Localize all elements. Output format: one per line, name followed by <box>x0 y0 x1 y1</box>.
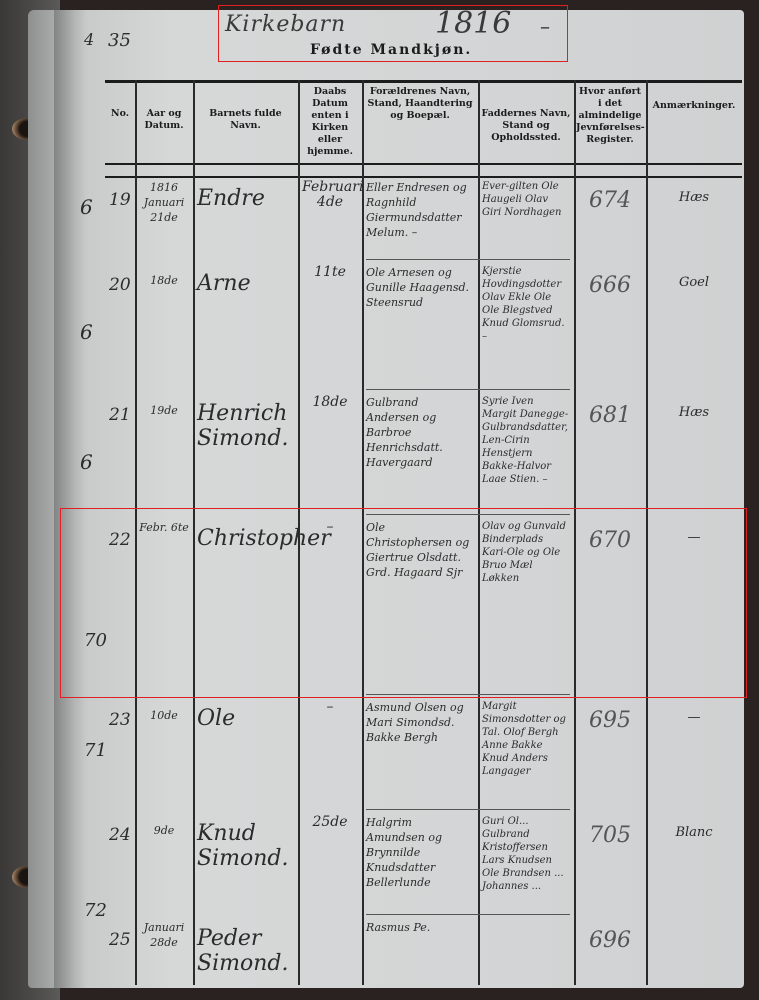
row-separator <box>366 914 570 915</box>
cell-remarks: Goel <box>650 275 738 290</box>
cell-name: Peder Simond. <box>197 926 294 976</box>
column-divider <box>646 80 648 985</box>
cell-baptism: 11te <box>302 265 358 280</box>
cell-name: Christopher <box>197 526 294 551</box>
column-divider <box>135 80 137 985</box>
column-header-remarks: Anmærkninger. <box>648 100 740 112</box>
cell-no: 19 <box>109 190 131 210</box>
cell-parents: Ole Arnesen og Gunille Haagensd. Steensr… <box>366 265 474 310</box>
cell-register: 674 <box>578 188 642 213</box>
column-divider <box>193 80 195 985</box>
cell-sponsors: Ever-gilten Ole Haugeli Olav Giri Nordha… <box>482 180 570 219</box>
column-header-date: Aar og Datum. <box>137 108 191 132</box>
cell-parents: Ole Christophersen og Giertrue Olsdatt. … <box>366 520 474 580</box>
title-suffix: – <box>540 14 550 38</box>
row-separator <box>366 809 570 810</box>
margin-number: 6 <box>80 450 93 474</box>
cell-name: Ole <box>197 706 294 731</box>
cell-remarks: — <box>650 710 738 725</box>
margin-number: 70 <box>84 630 107 651</box>
cell-date: 18de <box>139 273 189 288</box>
cell-name: Knud Simond. <box>197 821 294 871</box>
cell-parents: Eller Endresen og Ragnhild Giermundsdatt… <box>366 180 474 240</box>
column-header-baptism: Daabs Datum enten i Kirken eller hjemme. <box>300 86 360 158</box>
margin-number: 6 <box>80 195 93 219</box>
cell-baptism: – <box>302 700 358 715</box>
column-header-sponsors: Faddernes Navn, Stand og Opholdssted. <box>480 108 572 144</box>
cell-date: 10de <box>139 708 189 723</box>
page-number: 35 <box>108 30 131 51</box>
cell-sponsors: Kjerstie Hovdingsdotter Olav Ekle Ole Ol… <box>482 265 570 343</box>
cell-parents: Rasmus Pe. <box>366 920 474 935</box>
row-separator <box>366 259 570 260</box>
row-separator <box>366 514 570 515</box>
margin-number: 72 <box>84 900 107 921</box>
column-header-register: Hvor anført i det almindelige Jevnførels… <box>576 86 644 146</box>
cell-no: 22 <box>109 530 131 550</box>
cell-register: 681 <box>578 403 642 428</box>
cell-sponsors: Olav og Gunvald Binderplads Kari-Ole og … <box>482 520 570 585</box>
cell-baptism: 25de <box>302 815 358 830</box>
cell-remarks: Blanc <box>650 825 738 840</box>
cell-remarks: — <box>650 530 738 545</box>
cell-remarks: Hæs <box>650 405 738 420</box>
title-year: 1816 <box>435 6 511 41</box>
cell-no: 24 <box>109 825 131 845</box>
cell-no: 21 <box>109 405 131 425</box>
cell-sponsors: Syrie Iven Margit Danegge-Gulbrandsdatte… <box>482 395 570 486</box>
cell-no: 20 <box>109 275 131 295</box>
column-header-parents: Forældrenes Navn, Stand, Haandtering og … <box>364 86 476 122</box>
column-divider <box>478 80 480 985</box>
cell-no: 25 <box>109 930 131 950</box>
cell-name: Arne <box>197 271 294 296</box>
margin-number: 71 <box>84 740 107 761</box>
cell-baptism: – <box>302 520 358 535</box>
cell-register: 670 <box>578 528 642 553</box>
row-separator <box>366 389 570 390</box>
cell-name: Henrich Simond. <box>197 401 294 451</box>
margin-number: 6 <box>80 320 93 344</box>
cell-register: 666 <box>578 273 642 298</box>
cell-name: Endre <box>197 186 294 211</box>
margin-top-mark: 4 <box>84 30 94 49</box>
cell-date: Febr. 6te <box>139 520 189 535</box>
cell-register: 696 <box>578 928 642 953</box>
cell-parents: Gulbrand Andersen og Barbroe Henrichsdat… <box>366 395 474 470</box>
cell-register: 695 <box>578 708 642 733</box>
cell-date: 1816 Januari 21de <box>139 180 189 225</box>
cell-no: 23 <box>109 710 131 730</box>
cell-date: 9de <box>139 823 189 838</box>
cell-parents: Asmund Olsen og Mari Simondsd. Bakke Ber… <box>366 700 474 745</box>
column-header-no: No. <box>107 108 133 120</box>
column-header-name: Barnets fulde Navn. <box>195 108 296 132</box>
row-separator <box>366 694 570 695</box>
cell-register: 705 <box>578 823 642 848</box>
column-divider <box>574 80 576 985</box>
cell-parents: Halgrim Amundsen og Brynnilde Knudsdatte… <box>366 815 474 890</box>
title-handwritten: Kirkebarn <box>225 12 346 37</box>
cell-sponsors: Guri Ol... Gulbrand Kristoffersen Lars K… <box>482 815 570 893</box>
title-printed: Fødte Mandkjøn. <box>310 42 472 58</box>
cell-sponsors: Margit Simonsdotter og Tal. Olof Bergh A… <box>482 700 570 778</box>
column-divider <box>362 80 364 985</box>
cell-baptism: Februari 4de <box>302 180 358 210</box>
cell-baptism: 18de <box>302 395 358 410</box>
cell-date: 19de <box>139 403 189 418</box>
cell-date: Januari 28de <box>139 920 189 950</box>
cell-remarks: Hæs <box>650 190 738 205</box>
